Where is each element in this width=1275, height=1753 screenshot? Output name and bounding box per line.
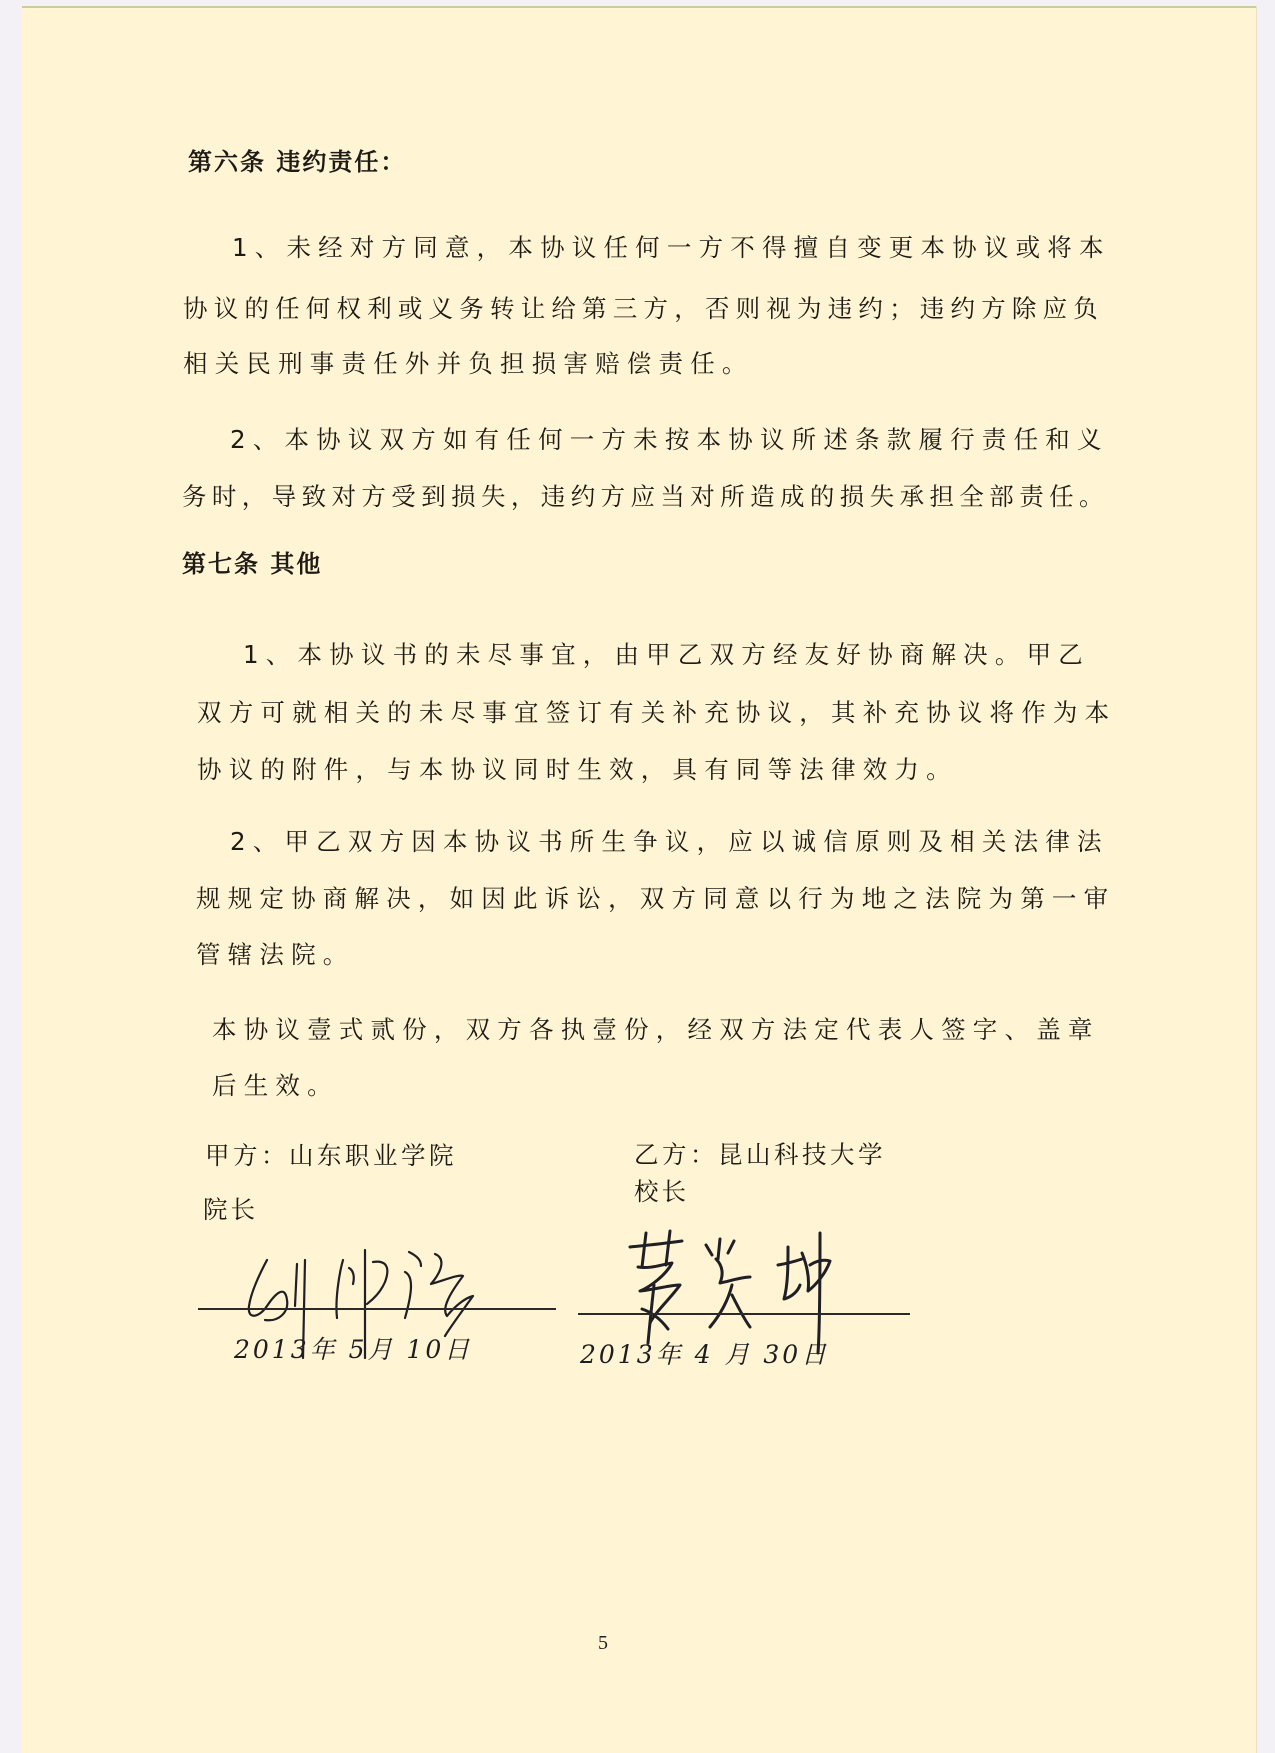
page-number: 5 bbox=[598, 1632, 608, 1655]
party-b-signature-line bbox=[578, 1313, 910, 1315]
article7-clause2-line2: 规规定协商解决，如因此诉讼，双方同意以行为地之法院为第一审 bbox=[196, 884, 1115, 914]
party-b-label: 乙方：昆山科技大学 bbox=[634, 1140, 886, 1170]
closing-line1: 本协议壹式贰份，双方各执壹份，经双方法定代表人签字、盖章 bbox=[212, 1015, 1100, 1045]
article6-clause2-line2: 务时，导致对方受到损失，违约方应当对所造成的损失承担全部责任。 bbox=[182, 482, 1109, 512]
article6-clause1-line1: 1、未经对方同意，本协议任何一方不得擅自变更本协议或将本 bbox=[232, 233, 1111, 263]
article7-clause2-line3: 管辖法院。 bbox=[196, 940, 355, 970]
closing-line2: 后生效。 bbox=[212, 1071, 339, 1101]
article7-clause1-line1: 1、本协议书的未尽事宜，由甲乙双方经友好协商解决。甲乙 bbox=[243, 640, 1090, 670]
party-b-title: 校长 bbox=[634, 1177, 689, 1207]
article6-heading: 第六条 违约责任： bbox=[188, 147, 406, 177]
article7-clause1-line2: 双方可就相关的未尽事宜签订有关补充协议，其补充协议将作为本 bbox=[197, 698, 1116, 728]
document-page bbox=[22, 6, 1256, 1753]
article6-clause1-line2: 协议的任何权利或义务转让给第三方，否则视为违约；违约方除应负 bbox=[183, 294, 1104, 324]
article6-clause1-line3: 相关民刑事责任外并负担损害赔偿责任。 bbox=[183, 349, 754, 379]
party-a-label: 甲方：山东职业学院 bbox=[205, 1141, 457, 1171]
party-a-signature-line bbox=[198, 1308, 556, 1310]
article6-clause2-line1: 2、本协议双方如有任何一方未按本协议所述条款履行责任和义 bbox=[230, 425, 1109, 455]
party-a-title: 院长 bbox=[203, 1195, 258, 1225]
article7-clause2-line1: 2、甲乙双方因本协议书所生争议，应以诚信原则及相关法律法 bbox=[230, 827, 1109, 857]
article7-heading: 第七条 其他 bbox=[182, 549, 322, 579]
article7-clause1-line3: 协议的附件，与本协议同时生效，具有同等法律效力。 bbox=[197, 755, 958, 785]
party-a-date: 2013年 5月 10日 bbox=[234, 1330, 472, 1366]
paper-edge bbox=[22, 6, 1256, 8]
party-b-date: 2013年 4 月 30日 bbox=[580, 1335, 829, 1371]
